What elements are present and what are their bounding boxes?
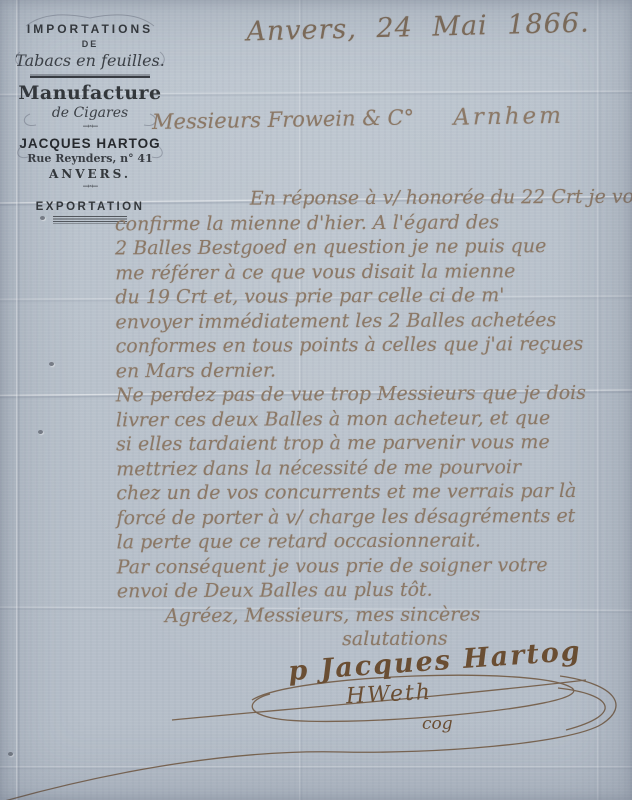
signature-initials: cog <box>422 714 453 734</box>
body-line: me référer à ce que vous disait la mienn… <box>115 258 621 285</box>
body-line: du 19 Crt et, vous prie par celle ci de … <box>115 283 621 310</box>
body-line: envoyer immédiatement les 2 Balles achet… <box>115 307 621 334</box>
body-line: si elles tardaient trop à me parvenir vo… <box>116 430 622 457</box>
addressee-city-label: Arnhem <box>453 103 564 131</box>
body-line: En réponse à v/ honorée du 22 Crt je vou… <box>115 185 621 212</box>
letterhead-flourish-icon <box>14 6 166 196</box>
date-line: Anvers, 24 Mai 1866. <box>228 7 609 48</box>
letter-scan: IMPORTATIONS DE Tabacs en feuilles. Manu… <box>0 0 632 800</box>
body-line: mettriez dans la nécessité de me pourvoi… <box>116 454 622 481</box>
body-line: confirme la mienne d'hier. A l'égard des <box>115 209 621 236</box>
body-line: livrer ces deux Balles à mon acheteur, e… <box>116 405 622 432</box>
body-line: la perte que ce retard occasionnerait. <box>117 528 623 555</box>
body-line: Ne perdez pas de vue trop Messieurs que … <box>116 381 622 408</box>
ink-speck <box>38 430 43 434</box>
signature-block: p Jacques Hartog HWeth cog <box>0 636 632 800</box>
body-line: forcé de porter à v/ charge les désagrém… <box>116 503 622 530</box>
ink-speck <box>49 362 54 366</box>
body-line: chez un de vos concurrents et me verrais… <box>116 479 622 506</box>
addressee-label: Messieurs Frowein & C° <box>152 105 415 136</box>
body-line: conformes en tous points à celles que j'… <box>116 332 622 359</box>
closing-line: Agréez, Messieurs, mes sincères <box>117 601 623 628</box>
body-line: 2 Balles Bestgoed en question je ne puis… <box>115 234 621 261</box>
body-line: envoi de Deux Balles au plus tôt. <box>117 577 623 604</box>
salutation-line: Messieurs Frowein & C° Arnhem <box>152 102 606 136</box>
body-line: Par conséquent je vous prie de soigner v… <box>117 552 623 579</box>
letter-body: En réponse à v/ honorée du 22 Crt je vou… <box>115 185 623 653</box>
body-line: en Mars dernier. <box>116 356 622 383</box>
signature-second-line: HWeth <box>345 680 432 709</box>
